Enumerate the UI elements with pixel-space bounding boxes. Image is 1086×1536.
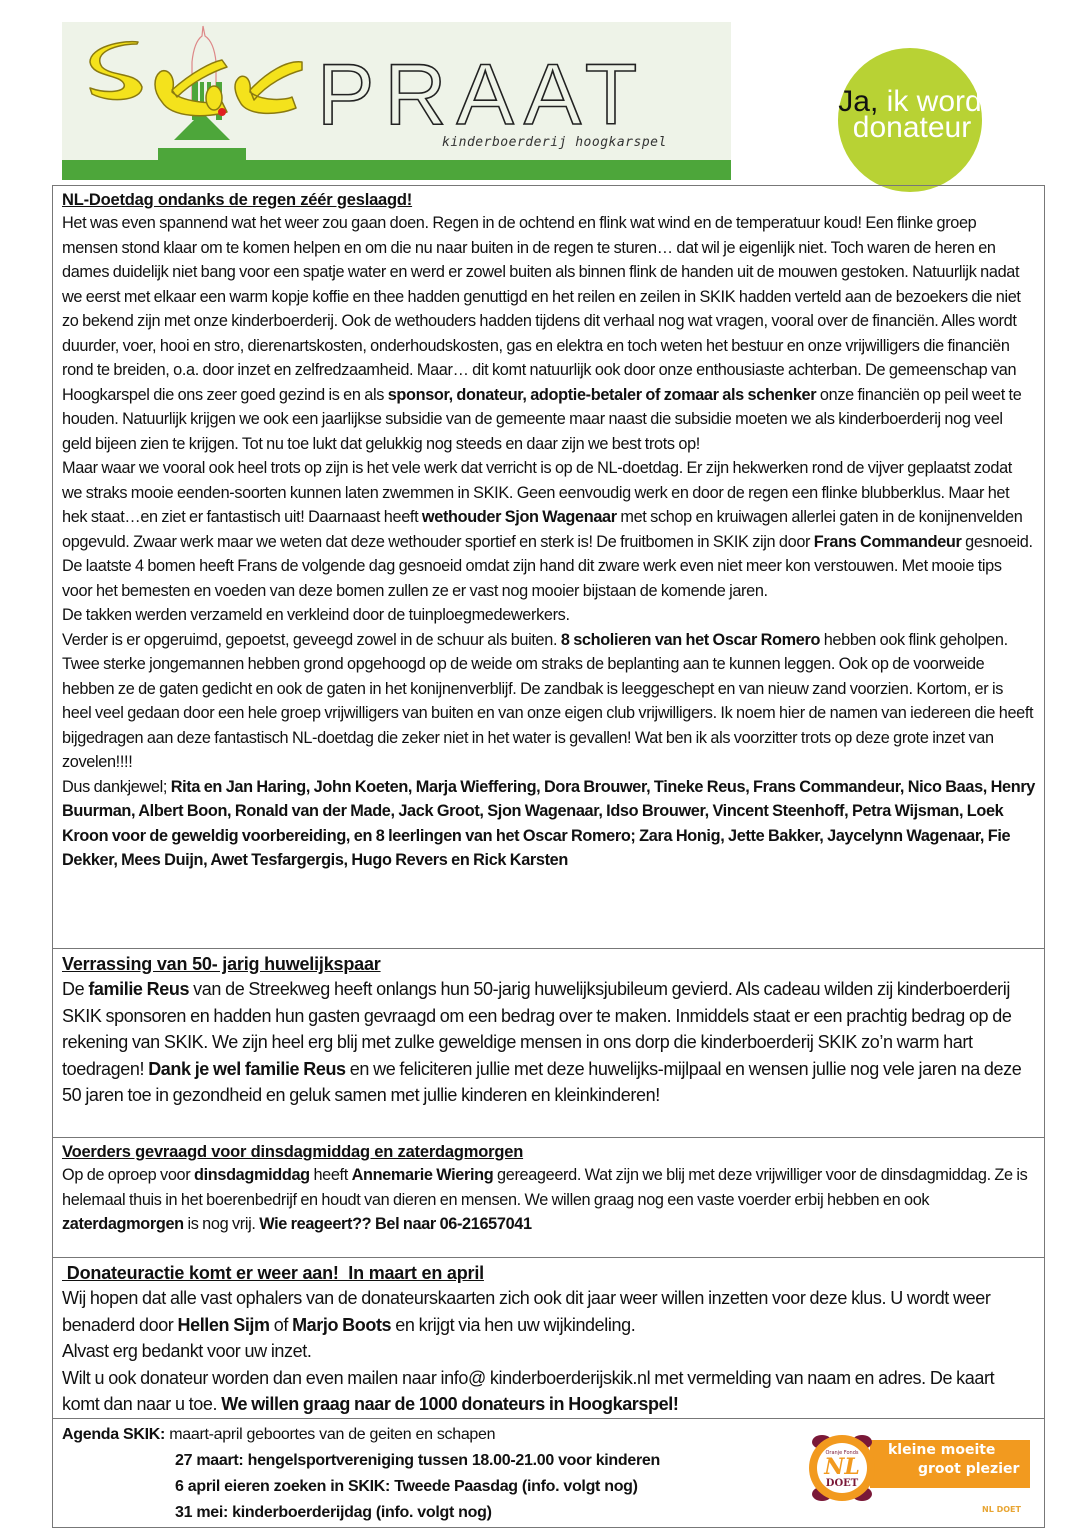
section-title: Voerders gevraagd voor dinsdagmiddag en … <box>62 1141 1035 1163</box>
section-title: NL-Doetdag ondanks de regen zéér geslaag… <box>62 189 1035 211</box>
bold-text: Hellen Sijm <box>178 1315 270 1335</box>
donateur-badge-line2: donateur <box>853 115 971 141</box>
paragraph: Wij hopen dat alle vast ophalers van de … <box>62 1285 1035 1338</box>
section-voerders-gevraagd: Voerders gevraagd voor dinsdagmiddag en … <box>52 1137 1045 1257</box>
svg-text:DOET: DOET <box>826 1478 859 1489</box>
nl-doet-footer: NL DOET <box>982 1505 1021 1514</box>
bold-text: Frans Commandeur <box>814 533 962 551</box>
bold-text: wethouder Sjon Wagenaar <box>422 508 617 526</box>
bold-text: Marjo Boots <box>292 1315 391 1335</box>
praat-wordmark: PRAAT <box>317 52 647 138</box>
paragraph: Wilt u ook donateur worden dan even mail… <box>62 1365 1035 1418</box>
bold-text: dinsdagmiddag <box>194 1166 310 1184</box>
section-nl-doetdag: NL-Doetdag ondanks de regen zéér geslaag… <box>52 185 1045 948</box>
bold-text: Wie reageert?? Bel naar 06-21657041 <box>259 1215 532 1233</box>
paragraph: Verder is er opgeruimd, gepoetst, geveeg… <box>62 628 1035 775</box>
section-body: Wij hopen dat alle vast ophalers van de … <box>62 1285 1035 1418</box>
agenda-label: Agenda SKIK: <box>62 1426 165 1443</box>
svg-text:NL: NL <box>823 1454 860 1480</box>
paragraph: Dus dankjewel; Rita en Jan Haring, John … <box>62 775 1035 873</box>
text: hebben ook flink geholpen. Twee sterke j… <box>62 631 1033 772</box>
bold-text: zaterdagmorgen <box>62 1215 184 1233</box>
banner-step <box>158 148 246 160</box>
section-body: Op de oproep voor dinsdagmiddag heeft An… <box>62 1163 1035 1237</box>
donateur-badge[interactable]: Ja, ik word donateur <box>838 48 982 192</box>
bold-text: Rita en Jan Haring, John Koeten, Marja W… <box>62 778 1035 870</box>
text: Het was even spannend wat het weer zou g… <box>62 214 1021 404</box>
nl-doet-slogan-line1: kleine moeite <box>888 1442 995 1458</box>
paragraph: Maar waar we vooral ook heel trots op zi… <box>62 456 1035 603</box>
text: en krijgt via hen uw wijkindeling. <box>391 1315 635 1335</box>
section-huwelijkspaar: Verrassing van 50- jarig huwelijkspaar D… <box>52 948 1045 1137</box>
nl-doet-logo: Oranje Fonds NL DOET kleine moeite groot… <box>800 1428 1040 1518</box>
paragraph: Alvast erg bedankt voor uw inzet. <box>62 1338 1035 1365</box>
bold-text: We willen graag naar de 1000 donateurs i… <box>221 1394 678 1414</box>
bold-text: familie Reus <box>88 979 189 999</box>
section-title: Donateuractie komt er weer aan! In maart… <box>62 1261 1035 1285</box>
section-title: Verrassing van 50- jarig huwelijkspaar <box>62 952 1035 976</box>
bold-text: Dank je wel familie Reus <box>148 1059 345 1079</box>
banner-subtitle: kinderboerderij hoogkarspel <box>442 135 667 150</box>
paragraph: Het was even spannend wat het weer zou g… <box>62 211 1035 456</box>
nl-doet-slogan-line2: groot plezier <box>918 1461 1019 1477</box>
text: Alvast erg bedankt voor uw inzet. <box>62 1341 311 1361</box>
bold-text: Annemarie Wiering <box>352 1166 494 1184</box>
text: of <box>270 1315 292 1335</box>
nl-doet-seal-icon: Oranje Fonds NL DOET <box>806 1428 878 1508</box>
bold-text: sponsor, donateur, adoptie-betaler of zo… <box>388 386 817 404</box>
section-body: Het was even spannend wat het weer zou g… <box>62 211 1035 873</box>
text: heeft <box>310 1166 352 1184</box>
paragraph: Op de oproep voor dinsdagmiddag heeft An… <box>62 1163 1035 1237</box>
paragraph: De takken werden verzameld en verkleind … <box>62 603 1035 628</box>
text: Dus dankjewel; <box>62 778 171 796</box>
bold-text: 8 scholieren van het Oscar Romero <box>561 631 820 649</box>
text: De takken werden verzameld en verkleind … <box>62 606 570 624</box>
text: De <box>62 979 88 999</box>
text: Op de oproep voor <box>62 1166 194 1184</box>
text: Verder is er opgeruimd, gepoetst, geveeg… <box>62 631 561 649</box>
section-donateuractie: Donateuractie komt er weer aan! In maart… <box>52 1257 1045 1418</box>
section-body: De familie Reus van de Streekweg heeft o… <box>62 976 1035 1109</box>
skik-praat-banner: PRAAT kinderboerderij hoogkarspel <box>62 22 731 180</box>
paragraph: De familie Reus van de Streekweg heeft o… <box>62 976 1035 1109</box>
text: is nog vrij. <box>184 1215 259 1233</box>
banner-ground <box>62 160 731 180</box>
